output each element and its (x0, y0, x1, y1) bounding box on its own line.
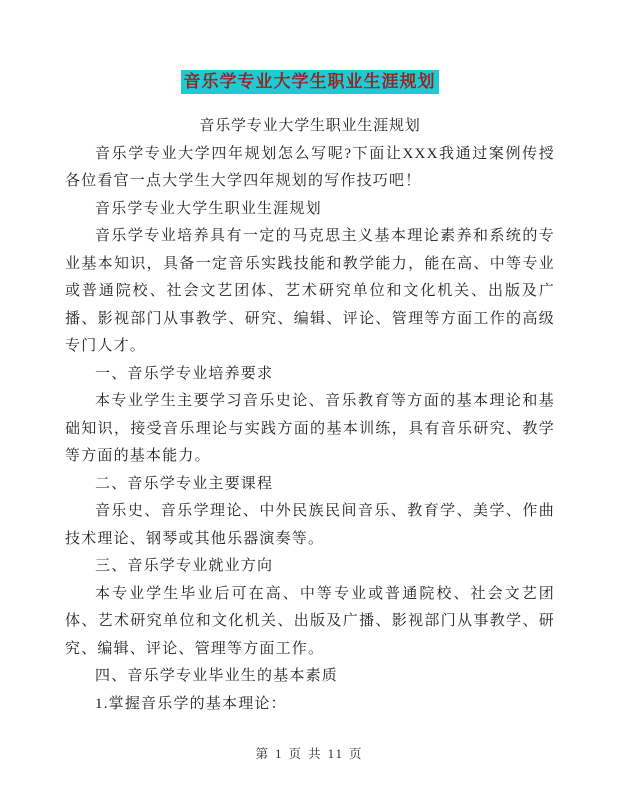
paragraph: 1.掌握音乐学的基本理论： (65, 691, 555, 719)
document-title: 音乐学专业大学生职业生涯规划 (181, 70, 439, 94)
paragraph: 三、音乐学专业就业方向 (65, 553, 555, 581)
document-page: 音乐学专业大学生职业生涯规划 音乐学专业大学生职业生涯规划音乐学专业大学四年规划… (0, 0, 619, 800)
paragraph: 二、音乐学专业主要课程 (65, 471, 555, 499)
paragraph: 本专业学生毕业后可在高、中等专业或普通院校、社会文艺团体、艺术研究单位和文化机关… (65, 581, 555, 664)
paragraph: 本专业学生主要学习音乐史论、音乐教育等方面的基本理论和基础知识，接受音乐理论与实… (65, 388, 555, 471)
paragraph: 音乐学专业大学生职业生涯规划 (65, 196, 555, 224)
title-row: 音乐学专业大学生职业生涯规划 (0, 0, 619, 94)
paragraph: 音乐学专业培养具有一定的马克思主义基本理论素养和系统的专业基本知识，具备一定音乐… (65, 223, 555, 361)
paragraph: 一、音乐学专业培养要求 (65, 361, 555, 389)
page-number-footer: 第 1 页 共 11 页 (0, 744, 619, 762)
paragraph: 音乐史、音乐学理论、中外民族民间音乐、教育学、美学、作曲技术理论、钢琴或其他乐器… (65, 498, 555, 553)
paragraph: 四、音乐学专业毕业生的基本素质 (65, 663, 555, 691)
paragraph: 音乐学专业大学生职业生涯规划 (65, 113, 555, 141)
paragraph: 音乐学专业大学四年规划怎么写呢?下面让XXX我通过案例传授各位看官一点大学生大学… (65, 141, 555, 196)
document-body: 音乐学专业大学生职业生涯规划音乐学专业大学四年规划怎么写呢?下面让XXX我通过案… (65, 113, 555, 718)
